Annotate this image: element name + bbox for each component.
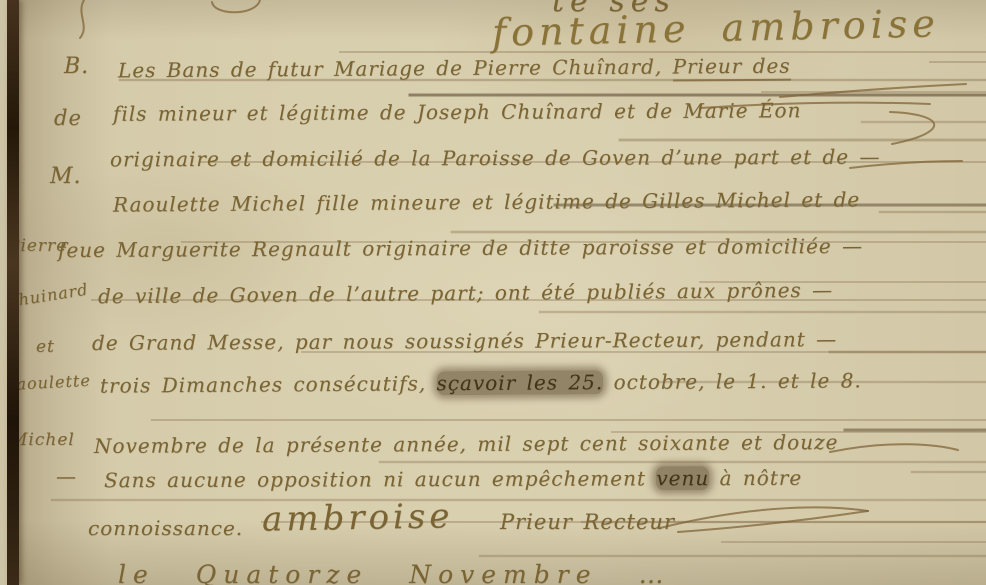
top-cut-loop: [212, 0, 260, 12]
text-line-5: feue Marguerite Regnault originaire de d…: [58, 234, 863, 262]
margin-note-m: M.: [50, 164, 82, 189]
line-8-smudged-text: sçavoir les 25.: [436, 370, 603, 395]
line-10-text-after: à nôtre: [709, 466, 802, 490]
signature-title: Prieur Recteur: [500, 510, 675, 534]
margin-note-b: B.: [64, 54, 89, 79]
line-1-underlined-phrase: Prieur des: [673, 54, 791, 82]
manuscript-page-scan: te ses fontaine ambroise B. de M. Pierre…: [0, 0, 986, 585]
line-10-margin-dash: —: [56, 464, 77, 488]
line-2-end-swash: [890, 112, 934, 144]
line-10-scribbled-word: venu: [656, 466, 709, 490]
line-8-text: trois Dimanches consécutifs,: [100, 371, 437, 397]
text-line-9: Novembre de la présente année, mil sept …: [94, 430, 839, 458]
signature-paraph-lower: [678, 511, 868, 532]
text-line-11: connoissance.: [88, 516, 243, 540]
text-line-3: originaire et domicilié de la Paroisse d…: [110, 145, 881, 172]
margin-note-et: et: [36, 337, 55, 357]
inscription-fontaine-ambroise: fontaine ambroise: [492, 1, 941, 54]
text-line-2: fils mineur et légitime de Joseph Chuîna…: [113, 98, 802, 126]
line-9-trailing-swash: [830, 444, 958, 452]
signature-ambroise: ambroise: [262, 496, 454, 539]
binding-strip-core: [7, 0, 19, 585]
text-line-10: Sans aucune opposition ni aucun empêchem…: [104, 466, 802, 492]
text-line-1: Les Bans de futur Mariage de Pierre Chuî…: [118, 54, 791, 83]
bottom-cut-fragment: le Quatorze Novembre …: [118, 560, 670, 585]
line-10-text: Sans aucune opposition ni aucun empêchem…: [104, 466, 656, 492]
line-1-underline-flourish: [780, 84, 966, 97]
previous-entry-curl: [80, 0, 84, 38]
margin-note-michel: Michel: [10, 430, 75, 450]
line-1-text: Les Bans de futur Mariage de Pierre Chuî…: [118, 54, 673, 82]
line-8-text-after: octobre, le 1. et le 8.: [603, 368, 862, 394]
text-line-7: de Grand Messe, par nous soussignés Prie…: [92, 327, 837, 355]
margin-note-de: de: [54, 106, 82, 130]
